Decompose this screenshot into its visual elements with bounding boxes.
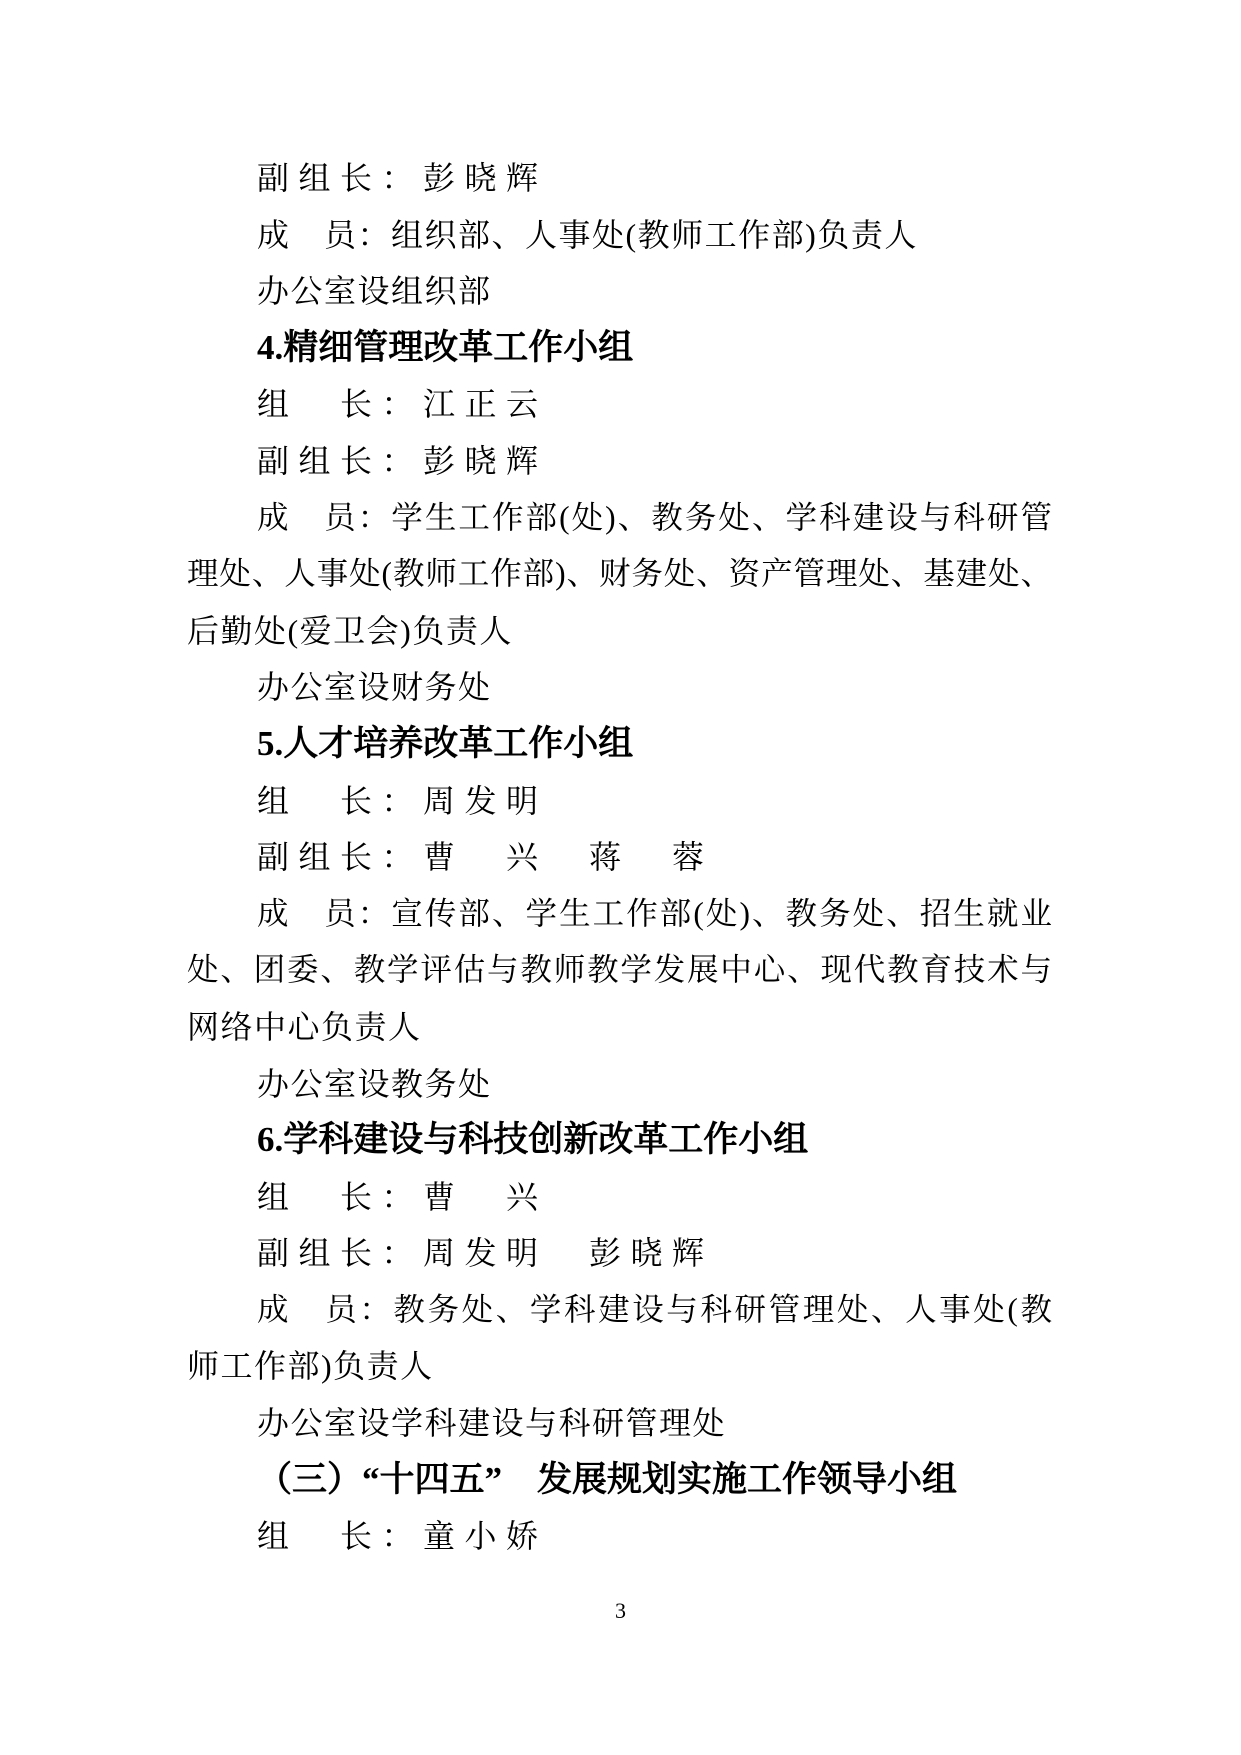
- document-body: 副组长：彭晓辉成 员：组织部、人事处(教师工作部)负责人办公室设组织部4.精细管…: [187, 150, 1052, 1565]
- text-line: 成 员：学生工作部(处)、教务处、学科建设与科研管: [187, 490, 1052, 547]
- heading-line: 4.精细管理改革工作小组: [187, 320, 1052, 377]
- text-line: 副组长：彭晓辉: [187, 433, 1052, 490]
- text-line: 办公室设财务处: [187, 659, 1052, 716]
- heading-line: 5.人才培养改革工作小组: [187, 716, 1052, 773]
- text-line: 副组长：彭晓辉: [187, 150, 1052, 207]
- text-line: 成 员：教务处、学科建设与科研管理处、人事处(教: [187, 1282, 1052, 1339]
- document-page: 副组长：彭晓辉成 员：组织部、人事处(教师工作部)负责人办公室设组织部4.精细管…: [0, 0, 1241, 1755]
- text-line: 副组长：周发明 彭晓辉: [187, 1225, 1052, 1282]
- text-line: 成 员：宣传部、学生工作部(处)、教务处、招生就业: [187, 886, 1052, 943]
- text-line: 理处、人事处(教师工作部)、财务处、资产管理处、基建处、: [187, 546, 1052, 603]
- text-line: 后勤处(爱卫会)负责人: [187, 603, 1052, 660]
- text-line: 组 长：曹 兴: [187, 1169, 1052, 1226]
- text-line: 组 长：江正云: [187, 376, 1052, 433]
- text-line: 组 长：童小娇: [187, 1508, 1052, 1565]
- heading-line: 6.学科建设与科技创新改革工作小组: [187, 1112, 1052, 1169]
- text-line: 处、团委、教学评估与教师教学发展中心、现代教育技术与: [187, 942, 1052, 999]
- page-number: 3: [0, 1596, 1241, 1626]
- text-line: 副组长：曹 兴 蒋 蓉: [187, 829, 1052, 886]
- text-line: 办公室设教务处: [187, 1056, 1052, 1113]
- text-line: 办公室设组织部: [187, 263, 1052, 320]
- text-line: 网络中心负责人: [187, 999, 1052, 1056]
- text-line: 成 员：组织部、人事处(教师工作部)负责人: [187, 207, 1052, 264]
- text-line: 组 长：周发明: [187, 773, 1052, 830]
- text-line: 师工作部)负责人: [187, 1338, 1052, 1395]
- text-line: 办公室设学科建设与科研管理处: [187, 1395, 1052, 1452]
- heading-line: （三）“十四五” 发展规划实施工作领导小组: [187, 1452, 1052, 1509]
